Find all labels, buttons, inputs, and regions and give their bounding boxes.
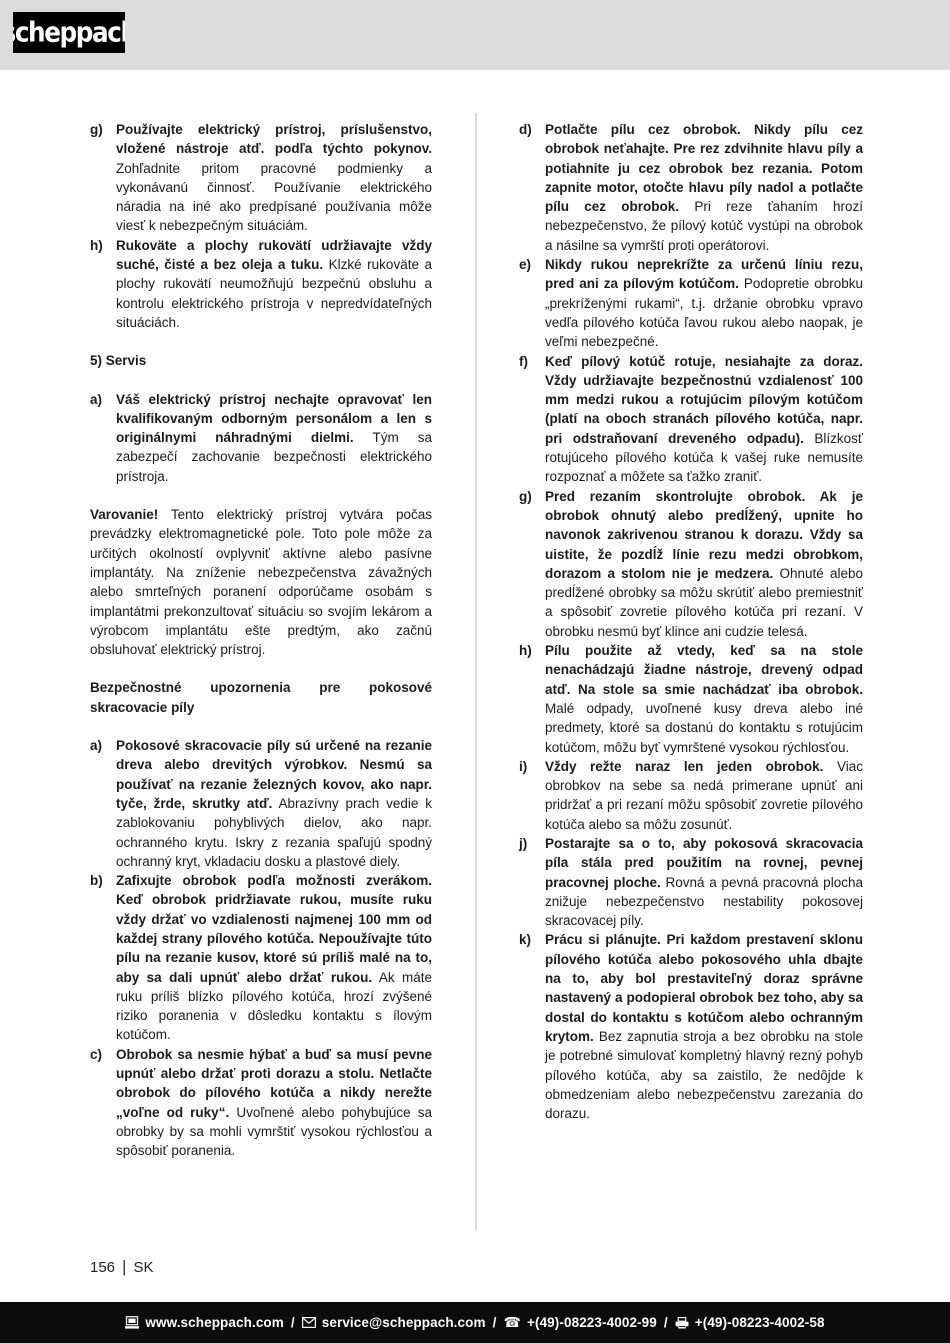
item-text: Vždy režte naraz len jeden obrobok. Viac… bbox=[545, 757, 863, 834]
item-label: b) bbox=[90, 871, 116, 1045]
item-label: a) bbox=[90, 390, 116, 486]
contact-bar: www.scheppach.com / service@scheppach.co… bbox=[0, 1302, 950, 1343]
website-group: www.scheppach.com bbox=[125, 1315, 284, 1330]
item-label: g) bbox=[519, 487, 545, 641]
miter-item-d: d) Potlačte pílu cez obrobok. Nikdy pílu… bbox=[519, 120, 863, 255]
miter-item-a: a) Pokosové skracovacie píly sú určené n… bbox=[90, 736, 432, 871]
miter-item-j: j) Postarajte sa o to, aby pokosová skra… bbox=[519, 834, 863, 930]
item-text: Postarajte sa o to, aby pokosová skracov… bbox=[545, 834, 863, 930]
item-text: Pred rezaním skontrolujte obrobok. Ak je… bbox=[545, 487, 863, 641]
page-content: g) Používajte elektrický prístroj, prísl… bbox=[0, 70, 950, 1230]
safety-item-h: h) Rukoväte a plochy rukovätí udržiavajt… bbox=[90, 236, 432, 332]
manual-page: scheppach g) Používajte elektrický príst… bbox=[0, 0, 950, 1343]
email-icon bbox=[302, 1317, 316, 1328]
item-text: Obrobok sa nesmie hýbať a buď sa musí pe… bbox=[116, 1045, 432, 1161]
miter-item-k: k) Prácu si plánujte. Pri každom prestav… bbox=[519, 930, 863, 1123]
phone-group: ☎ +(49)-08223-4002-99 bbox=[503, 1315, 656, 1330]
column-divider bbox=[475, 113, 477, 1230]
item-label: a) bbox=[90, 736, 116, 871]
item-text: Používajte elektrický prístroj, prísluše… bbox=[116, 120, 432, 236]
miter-item-e: e) Nikdy rukou neprekrížte za určenú lín… bbox=[519, 255, 863, 351]
right-column: d) Potlačte pílu cez obrobok. Nikdy pílu… bbox=[519, 120, 863, 1230]
phone-icon: ☎ bbox=[503, 1316, 521, 1330]
servis-item-a: a) Váš elektrický prístroj nechajte opra… bbox=[90, 390, 432, 486]
miter-item-i: i) Vždy režte naraz len jeden obrobok. V… bbox=[519, 757, 863, 834]
page-number-value: 156 bbox=[90, 1259, 115, 1276]
item-label: c) bbox=[90, 1045, 116, 1161]
contact-delimiter: / bbox=[291, 1315, 295, 1330]
item-label: j) bbox=[519, 834, 545, 930]
logo-text: scheppach bbox=[13, 17, 125, 49]
miter-item-b: b) Zafixujte obrobok podľa možnosti zver… bbox=[90, 871, 432, 1045]
computer-icon bbox=[125, 1316, 139, 1329]
miter-item-g: g) Pred rezaním skontrolujte obrobok. Ak… bbox=[519, 487, 863, 641]
warning-lead: Varovanie! bbox=[90, 507, 158, 522]
item-text: Keď pílový kotúč rotuje, nesiahajte za d… bbox=[545, 352, 863, 487]
item-text: Rukoväte a plochy rukovätí udržiavajte v… bbox=[116, 236, 432, 332]
phone-text: +(49)-08223-4002-99 bbox=[527, 1315, 657, 1330]
item-text: Potlačte pílu cez obrobok. Nikdy pílu ce… bbox=[545, 120, 863, 255]
email-group: service@scheppach.com bbox=[302, 1315, 486, 1330]
item-label: h) bbox=[90, 236, 116, 332]
item-text: Pokosové skracovacie píly sú určené na r… bbox=[116, 736, 432, 871]
email-text: service@scheppach.com bbox=[322, 1315, 486, 1330]
section-heading-servis: 5) Servis bbox=[90, 351, 432, 370]
language-code: SK bbox=[133, 1259, 153, 1276]
fax-icon bbox=[675, 1317, 689, 1329]
page-number: 156 | SK bbox=[90, 1257, 153, 1277]
item-label: h) bbox=[519, 641, 545, 757]
section-heading-miter-saw: Bezpečnostné upozornenia pre pokosové sk… bbox=[90, 678, 432, 717]
fax-group: +(49)-08223-4002-58 bbox=[675, 1315, 825, 1330]
page-number-separator: | bbox=[122, 1257, 126, 1277]
item-text: Pílu použite až vtedy, keď sa na stole n… bbox=[545, 641, 863, 757]
item-text: Nikdy rukou neprekrížte za určenú líniu … bbox=[545, 255, 863, 351]
miter-item-h: h) Pílu použite až vtedy, keď sa na stol… bbox=[519, 641, 863, 757]
miter-item-c: c) Obrobok sa nesmie hýbať a buď sa musí… bbox=[90, 1045, 432, 1161]
item-text: Váš elektrický prístroj nechajte opravov… bbox=[116, 390, 432, 486]
miter-item-f: f) Keď pílový kotúč rotuje, nesiahajte z… bbox=[519, 352, 863, 487]
fax-text: +(49)-08223-4002-58 bbox=[695, 1315, 825, 1330]
item-text: Prácu si plánujte. Pri každom prestavení… bbox=[545, 930, 863, 1123]
contact-delimiter: / bbox=[664, 1315, 668, 1330]
website-text: www.scheppach.com bbox=[145, 1315, 284, 1330]
scheppach-logo: scheppach bbox=[13, 12, 125, 53]
item-label: k) bbox=[519, 930, 545, 1123]
warning-paragraph: Varovanie! Tento elektrický prístroj vyt… bbox=[90, 505, 432, 659]
item-text: Zafixujte obrobok podľa možnosti zveráko… bbox=[116, 871, 432, 1045]
item-label: f) bbox=[519, 352, 545, 487]
item-label: i) bbox=[519, 757, 545, 834]
item-label: e) bbox=[519, 255, 545, 351]
safety-item-g: g) Používajte elektrický prístroj, prísl… bbox=[90, 120, 432, 236]
left-column: g) Používajte elektrický prístroj, prísl… bbox=[90, 120, 432, 1230]
contact-delimiter: / bbox=[493, 1315, 497, 1330]
item-label: d) bbox=[519, 120, 545, 255]
item-label: g) bbox=[90, 120, 116, 236]
header-band: scheppach bbox=[0, 0, 950, 70]
